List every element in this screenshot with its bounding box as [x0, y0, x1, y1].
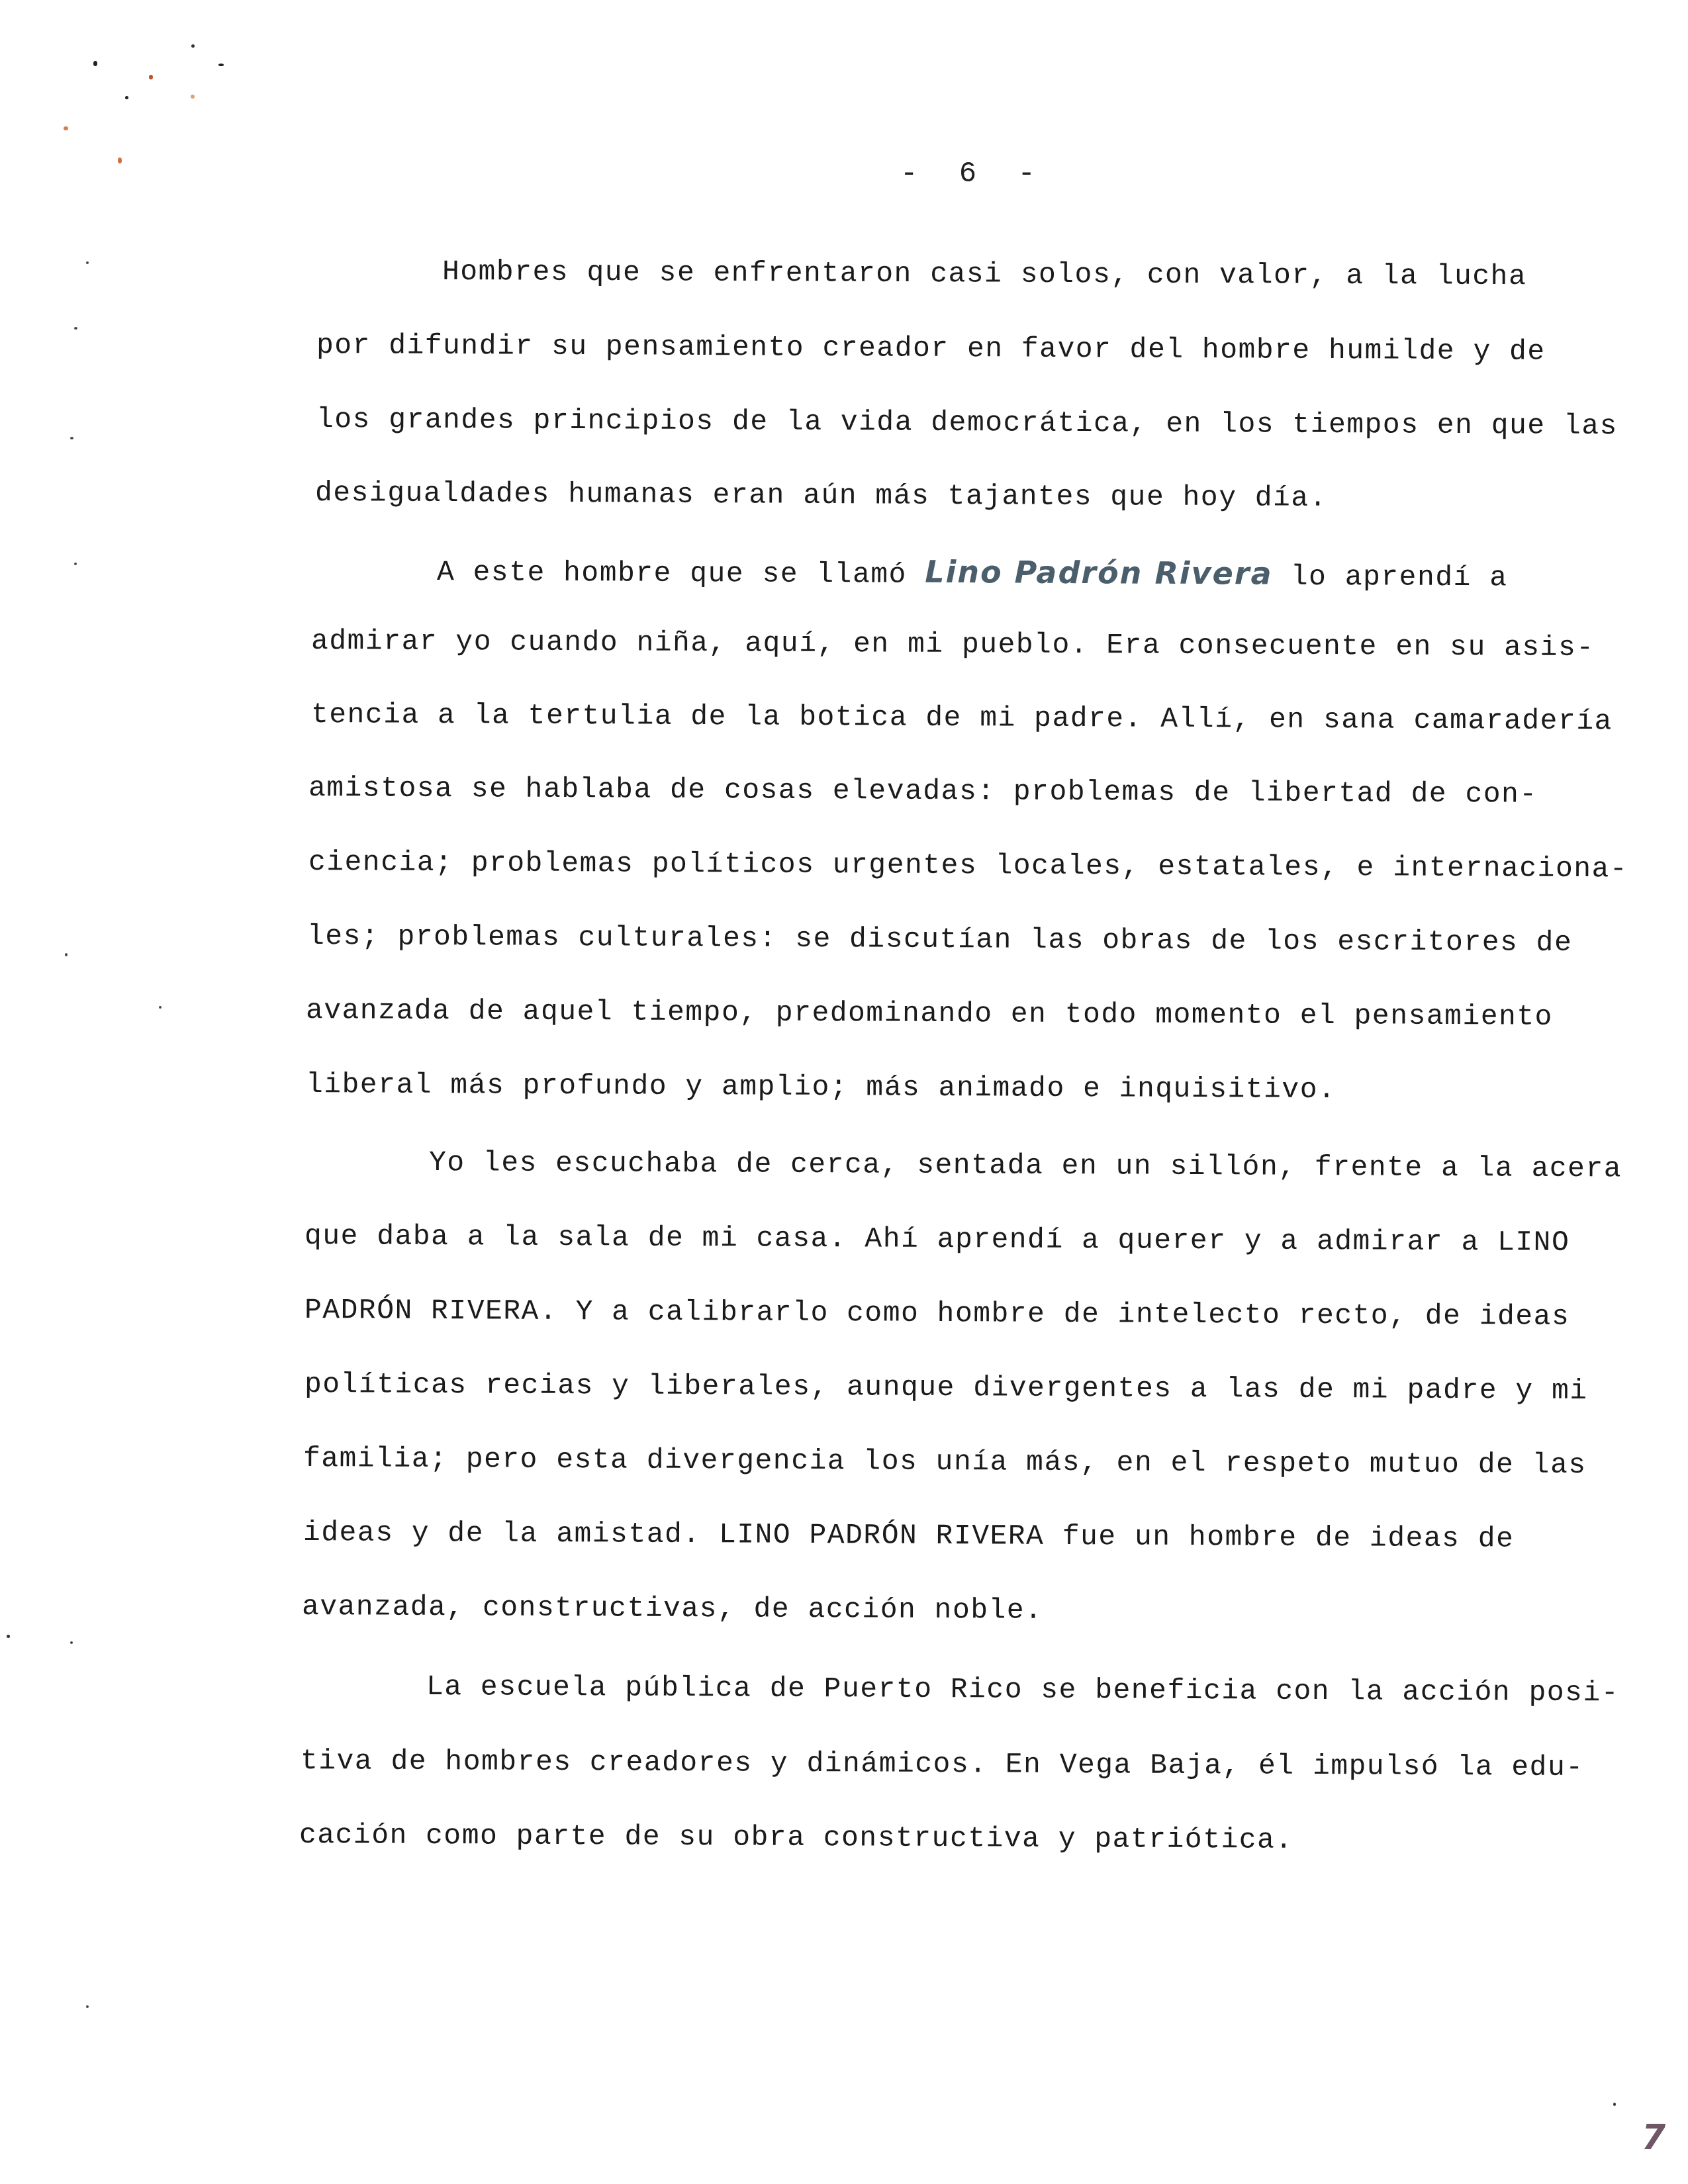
paragraph-2-line-7: avanzada de aquel tiempo, predominando e… [306, 994, 1553, 1033]
scan-speck [125, 96, 128, 99]
paragraph-1-line-4: desigualdades humanas eran aún más tajan… [315, 477, 1327, 514]
text-segment: A este hombre que se llamó [437, 556, 907, 591]
text-segment: lo aprendí a [1291, 561, 1508, 594]
paragraph-3-line-7: avanzada, constructivas, de acción noble… [302, 1590, 1043, 1627]
scan-speck [191, 44, 195, 48]
scan-speck [1613, 2103, 1616, 2106]
page-number: - 6 - [900, 158, 1047, 191]
scan-speck [191, 95, 195, 99]
handwritten-name: Lino Padrón Rivera [925, 554, 1273, 592]
paragraph-2-line-5: ciencia; problemas políticos urgentes lo… [308, 846, 1628, 885]
scan-speck [159, 1006, 162, 1009]
scan-speck [7, 1635, 10, 1638]
paragraph-3-line-6: ideas y de la amistad. LINO PADRÓN RIVER… [303, 1516, 1515, 1555]
paragraph-1-line-3: los grandes principios de la vida democr… [316, 403, 1618, 442]
scan-speck [70, 1641, 73, 1644]
paragraph-3-line-3: PADRÓN RIVERA. Y a calibrarlo como hombr… [305, 1294, 1570, 1333]
paragraph-3-line-1: Yo les escuchaba de cerca, sentada en un… [429, 1146, 1622, 1185]
paragraph-2-line-2: admirar yo cuando niña, aquí, en mi pueb… [311, 625, 1595, 664]
paragraph-2-line-1: A este hombre que se llamó Lino Padrón R… [437, 551, 1508, 594]
paragraph-3-line-2: que daba a la sala de mi casa. Ahí apren… [305, 1220, 1570, 1259]
scan-speck [93, 61, 97, 66]
scan-speck [86, 2005, 89, 2008]
scan-speck [74, 563, 77, 565]
scan-speck [218, 64, 224, 66]
paragraph-4-line-1: La escuela pública de Puerto Rico se ben… [426, 1670, 1619, 1709]
scan-speck [64, 126, 68, 130]
document-page: - 6 - Hombres que se enfrentaron casi so… [0, 0, 1688, 2184]
scan-speck [86, 261, 89, 264]
corner-handwritten-mark: 7 [1642, 2118, 1665, 2158]
scan-speck [74, 327, 77, 330]
scan-speck [118, 158, 122, 163]
paragraph-3-line-4: políticas recias y liberales, aunque div… [305, 1368, 1588, 1407]
paragraph-4-line-2: tiva de hombres creadores y dinámicos. E… [301, 1745, 1584, 1784]
paragraph-2-line-8: liberal más profundo y amplio; más anima… [306, 1068, 1336, 1106]
paragraph-2-line-6: les; problemas culturales: se discutían … [307, 920, 1573, 959]
scan-speck [65, 953, 68, 956]
paragraph-2-line-4: amistosa se hablaba de cosas elevadas: p… [308, 772, 1538, 811]
paragraph-2-line-3: tencia a la tertulia de la botica de mi … [311, 698, 1613, 737]
paragraph-3-line-5: familia; pero esta divergencia los unía … [303, 1442, 1587, 1481]
paragraph-4-line-3: cación como parte de su obra constructiv… [299, 1819, 1293, 1856]
scan-speck [149, 75, 153, 79]
paragraph-1-line-1: Hombres que se enfrentaron casi solos, c… [442, 255, 1526, 293]
scan-speck [70, 437, 73, 439]
paragraph-1-line-2: por difundir su pensamiento creador en f… [316, 329, 1546, 368]
